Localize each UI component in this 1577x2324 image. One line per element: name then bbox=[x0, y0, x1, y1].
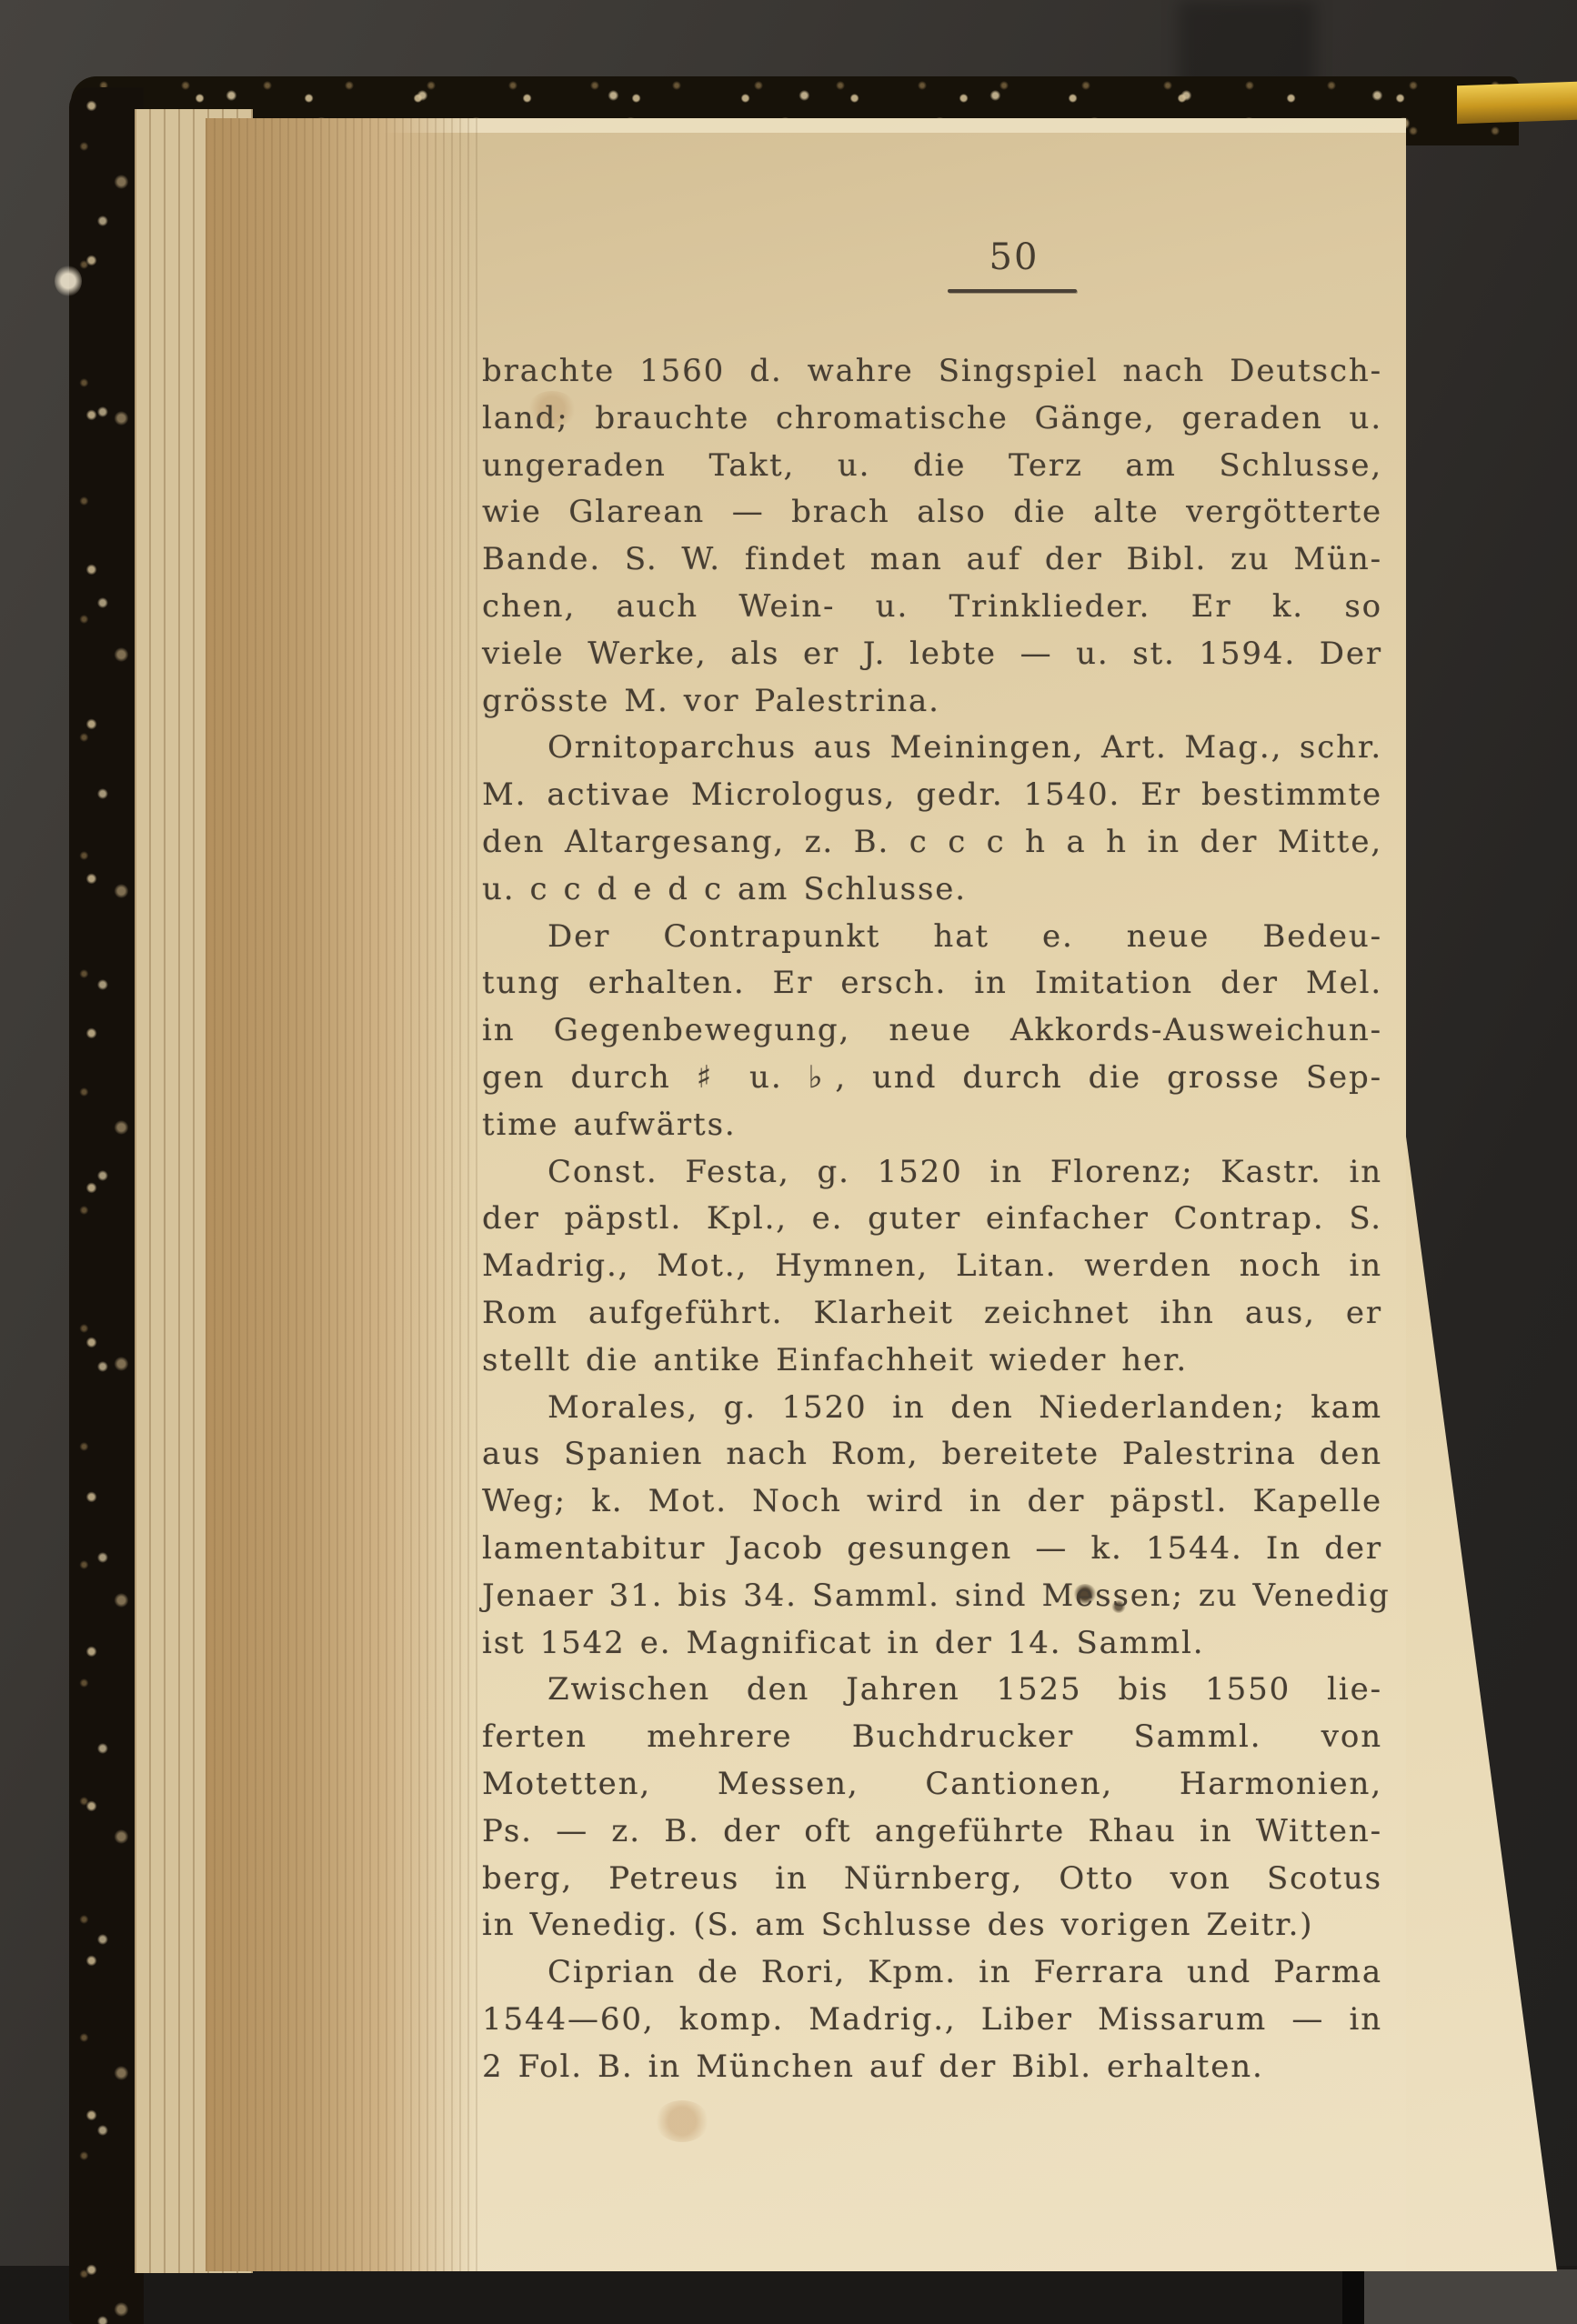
text-line: Morales, g. 1520 in den Niederlanden; ka… bbox=[482, 1385, 1382, 1432]
page-number: 50 bbox=[946, 236, 1082, 278]
text-line: Bande. S. W. findet man auf der Bibl. zu… bbox=[482, 536, 1382, 584]
gutter-shadow bbox=[206, 118, 478, 2271]
table-seam bbox=[1342, 2269, 1364, 2324]
text-line: Motetten, Messen, Cantionen, Harmonien, bbox=[482, 1761, 1382, 1808]
text-line: Jenaer 31. bis 34. Samml. sind Messen; z… bbox=[482, 1573, 1382, 1620]
text-line: ist 1542 e. Magnificat in der 14. Samml. bbox=[482, 1620, 1382, 1668]
text-line: viele Werke, als er J. lebte — u. st. 15… bbox=[482, 631, 1382, 678]
text-line: Zwischen den Jahren 1525 bis 1550 lie- bbox=[482, 1667, 1382, 1714]
text-line: brachte 1560 d. wahre Singspiel nach Deu… bbox=[482, 348, 1382, 396]
text-line: ferten mehrere Buchdrucker Samml. von bbox=[482, 1714, 1382, 1761]
page-number-rule bbox=[948, 289, 1077, 293]
text-line: 1544—60, komp. Madrig., Liber Missarum —… bbox=[482, 1997, 1382, 2044]
text-line: in Gegenbewegung, neue Akkords-Ausweichu… bbox=[482, 1007, 1382, 1055]
text-line: Ps. — z. B. der oft angeführte Rhau in W… bbox=[482, 1808, 1382, 1856]
text-line: in Venedig. (S. am Schlusse des vorigen … bbox=[482, 1902, 1382, 1949]
book-cover-spine bbox=[69, 87, 144, 2324]
text-line: den Altargesang, z. B. c c c h a h in de… bbox=[482, 819, 1382, 866]
text-line: 2 Fol. B. in München auf der Bibl. erhal… bbox=[482, 2044, 1382, 2091]
text-line: aus Spanien nach Rom, bereitete Palestri… bbox=[482, 1431, 1382, 1478]
cover-fleck bbox=[55, 265, 82, 296]
body-text: brachte 1560 d. wahre Singspiel nach Deu… bbox=[482, 348, 1382, 2090]
text-line: wie Glarean — brach also die alte vergöt… bbox=[482, 489, 1382, 536]
text-line: Const. Festa, g. 1520 in Florenz; Kastr.… bbox=[482, 1149, 1382, 1197]
page-right-edge bbox=[1406, 1137, 1557, 2271]
text-line: berg, Petreus in Nürnberg, Otto von Scot… bbox=[482, 1856, 1382, 1903]
gilt-page-edge bbox=[1457, 82, 1577, 125]
text-line: Rom aufgeführt. Klarheit zeichnet ihn au… bbox=[482, 1290, 1382, 1337]
text-line: time aufwärts. bbox=[482, 1102, 1382, 1149]
text-line: grösste M. vor Palestrina. bbox=[482, 678, 1382, 726]
text-line: Der Contrapunkt hat e. neue Bedeu- bbox=[482, 914, 1382, 961]
table-surface-light bbox=[1364, 2269, 1577, 2324]
text-line: Madrig., Mot., Hymnen, Litan. werden noc… bbox=[482, 1243, 1382, 1290]
text-line: lamentabitur Jacob gesungen — k. 1544. I… bbox=[482, 1526, 1382, 1573]
photo-of-open-book: 50 brachte 1560 d. wahre Singspiel nach … bbox=[0, 0, 1577, 2324]
text-line: ungeraden Takt, u. die Terz am Schlusse, bbox=[482, 443, 1382, 490]
text-line: der päpstl. Kpl., e. guter einfacher Con… bbox=[482, 1196, 1382, 1243]
text-line: stellt die antike Einfachheit wieder her… bbox=[482, 1337, 1382, 1385]
text-line: u. c c d e d c am Schlusse. bbox=[482, 866, 1382, 914]
table-surface bbox=[0, 2266, 1577, 2324]
text-line: Weg; k. Mot. Noch wird in der päpstl. Ka… bbox=[482, 1478, 1382, 1526]
text-line: M. activae Micrologus, gedr. 1540. Er be… bbox=[482, 772, 1382, 819]
text-line: gen durch ♯ u. ♭, und durch die grosse S… bbox=[482, 1055, 1382, 1102]
text-line: tung erhalten. Er ersch. in Imitation de… bbox=[482, 960, 1382, 1007]
paper-stain bbox=[655, 2100, 709, 2142]
text-line: Ornitoparchus aus Meiningen, Art. Mag., … bbox=[482, 725, 1382, 772]
text-line: land; brauchte chromatische Gänge, gerad… bbox=[482, 396, 1382, 443]
text-line: Ciprian de Rori, Kpm. in Ferrara und Par… bbox=[482, 1949, 1382, 1997]
text-line: chen, auch Wein- u. Trinklieder. Er k. s… bbox=[482, 584, 1382, 631]
